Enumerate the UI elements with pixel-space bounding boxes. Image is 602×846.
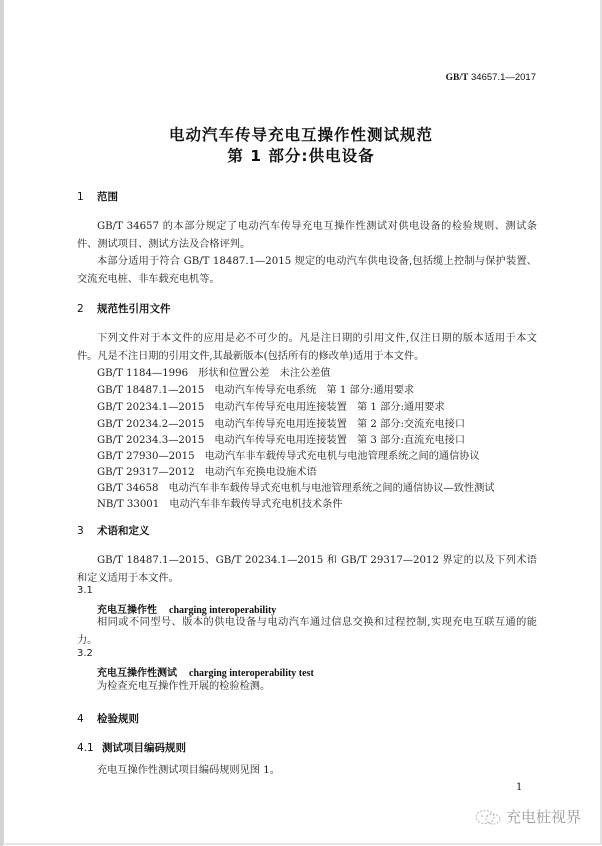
section-number: 1 — [77, 191, 97, 203]
section-number: 2 — [77, 303, 97, 315]
reference-code: GB/T 29317—2012 — [97, 467, 195, 478]
document-subtitle: 第 1 部分:供电设备 — [0, 144, 602, 166]
wechat-icon — [474, 808, 502, 826]
section-title: 范围 — [97, 191, 118, 203]
reference-code: GB/T 1184—1996 — [97, 368, 188, 379]
standard-number: GB/T 34657.1—2017 — [446, 72, 536, 83]
section-title: 检验规则 — [97, 713, 139, 725]
reference-title: 电动汽车非车载传导式充电机与电池管理系统之间的通信协议 — [205, 451, 480, 462]
reference-code: GB/T 34658 — [97, 483, 159, 494]
reference-item: GB/T 20234.1—2015电动汽车传导充电用连接装置 第 1 部分:通用… — [97, 398, 445, 413]
reference-code: NB/T 33001 — [97, 499, 159, 510]
section-number: 3 — [77, 525, 97, 537]
reference-item: GB/T 20234.3—2015电动汽车传导充电用连接装置 第 3 部分:直流… — [97, 431, 465, 446]
term-number: 3.2 — [77, 648, 93, 659]
standard-code: 34657.1—2017 — [471, 72, 536, 83]
section-2-intro: 下列文件对于本文件的应用是必不可少的。凡是注日期的引用文件,仅注日期的版本适用于… — [77, 330, 537, 365]
term-definition: 相同或不同型号、版本的供电设备与电动汽车通过信息交换和过程控制,实现充电互联互通… — [77, 614, 537, 649]
term-name: 充电互操作性测试charging interoperability test — [97, 664, 314, 679]
reference-title: 电动汽车传导充电用连接装置 第 1 部分:通用要求 — [214, 402, 444, 413]
section-3-heading: 3术语和定义 — [77, 523, 150, 538]
reference-item: GB/T 20234.2—2015电动汽车传导充电用连接装置 第 2 部分:交流… — [97, 415, 465, 430]
reference-title: 电动汽车传导充电用连接装置 第 2 部分:交流充电接口 — [214, 419, 465, 430]
reference-item: GB/T 34658电动汽车非车载传导式充电机与电池管理系统之间的通信协议—致性… — [97, 479, 495, 494]
reference-item: GB/T 27930—2015电动汽车非车载传导式充电机与电池管理系统之间的通信… — [97, 447, 480, 462]
reference-code: GB/T 20234.2—2015 — [97, 419, 204, 430]
section-3-intro: GB/T 18487.1—2015、GB/T 20234.1—2015 和 GB… — [77, 552, 537, 587]
watermark: 充电桩视界 — [474, 806, 581, 827]
reference-title: 电动汽车传导充电系统 第 1 部分:通用要求 — [214, 385, 414, 396]
section-4-1-heading: 4.1测试项目编码规则 — [77, 740, 186, 755]
reference-code: GB/T 27930—2015 — [97, 451, 195, 462]
term-definition: 为检查充电互操作性开展的检验检测。 — [77, 678, 537, 696]
section-1-paragraph-1: GB/T 34657 的本部分规定了电动汽车传导充电互操作性测试对供电设备的检验… — [77, 218, 537, 253]
section-number: 4 — [77, 713, 97, 725]
term-number: 3.1 — [77, 585, 93, 596]
reference-code: GB/T 20234.1—2015 — [97, 402, 204, 413]
section-title: 规范性引用文件 — [97, 303, 171, 315]
standard-prefix: GB/T — [446, 73, 469, 83]
reference-code: GB/T 20234.3—2015 — [97, 435, 204, 446]
reference-title: 电动汽车传导充电用连接装置 第 3 部分:直流充电接口 — [214, 435, 465, 446]
reference-title: 电动汽车充换电设施术语 — [205, 467, 317, 478]
reference-title: 电动汽车非车载传导式充电机与电池管理系统之间的通信协议—致性测试 — [169, 483, 495, 494]
reference-item: GB/T 18487.1—2015电动汽车传导充电系统 第 1 部分:通用要求 — [97, 381, 414, 396]
section-number: 4.1 — [77, 742, 102, 754]
reference-title: 电动汽车非车载传导式充电机技术条件 — [169, 499, 342, 510]
page-number: 1 — [516, 782, 522, 793]
section-title: 测试项目编码规则 — [102, 742, 186, 754]
section-title: 术语和定义 — [97, 525, 150, 537]
section-1-heading: 1范围 — [77, 189, 118, 204]
section-4-1-text: 充电互操作性测试项目编码规则见图 1。 — [77, 762, 537, 780]
reference-item: GB/T 1184—1996形状和位置公差 未注公差值 — [97, 364, 331, 379]
reference-code: GB/T 18487.1—2015 — [97, 385, 204, 396]
reference-item: GB/T 29317—2012电动汽车充换电设施术语 — [97, 463, 317, 478]
watermark-text: 充电桩视界 — [506, 806, 581, 827]
section-1-paragraph-2: 本部分适用于符合 GB/T 18487.1—2015 规定的电动汽车供电设备,包… — [77, 253, 537, 288]
reference-title: 形状和位置公差 未注公差值 — [198, 368, 330, 379]
document-title: 电动汽车传导充电互操作性测试规范 — [0, 123, 602, 145]
section-4-heading: 4检验规则 — [77, 711, 139, 726]
section-2-heading: 2规范性引用文件 — [77, 301, 171, 316]
reference-item: NB/T 33001电动汽车非车载传导式充电机技术条件 — [97, 495, 342, 510]
